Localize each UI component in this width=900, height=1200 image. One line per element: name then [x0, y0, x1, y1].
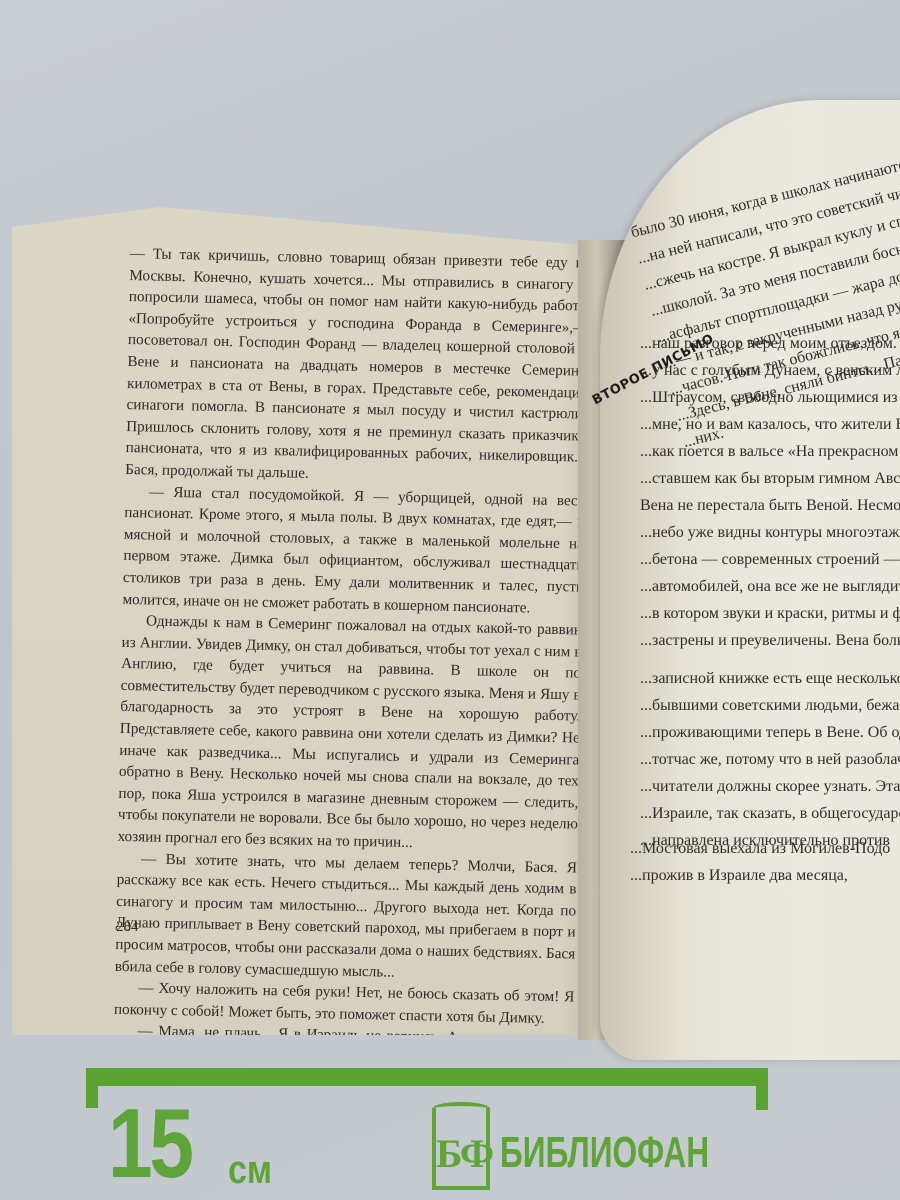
text-line: ...ставшем как бы вторым гимном Австрии. [640, 465, 900, 492]
paragraph: — Яша стал посудомойкой. Я — уборщицей, … [122, 480, 585, 619]
scale-size-unit: см [228, 1148, 272, 1193]
text-line: ...бывшими советскими людьми, бежавш [640, 692, 900, 719]
right-page-end-text: ...Мостовая выехала из Могилев-Подо ...п… [630, 835, 900, 889]
text-line: ...Мостовая выехала из Могилев-Подо [630, 835, 900, 862]
page-number: 284 [116, 919, 139, 936]
scale-ruler-tick-left [86, 1068, 98, 1108]
paragraph: — Вы хотите знать, что мы делаем теперь?… [115, 847, 578, 986]
left-book-page: — Ты так кричишь, словно товарищ обязан … [12, 207, 602, 1035]
text-line: ...Штраусом, свободно льющимися из насте… [640, 384, 900, 411]
text-line: ...Израиле, так сказать, в общегосударс [640, 800, 900, 827]
text-line: ...застрены и преувеличены. Вена больше,… [640, 627, 900, 654]
scale-ruler-tick-right [756, 1068, 768, 1110]
paragraph: — Мама, не плачь... Я в Израиль не верну… [113, 1020, 574, 1073]
text-line: ...как поется в вальсе «На прекрасном [640, 438, 900, 465]
text-line: ...тотчас же, потому что в ней разоблач [640, 746, 900, 773]
paragraph: Однажды к нам в Семеринг пожаловал на от… [117, 610, 582, 857]
text-line: ...небо уже видны контуры многоэтажных с… [640, 519, 900, 546]
text-line: ...бетона — современных строений — и на [640, 546, 900, 573]
text-line: ...у нас с голубым Дунаем, с венским лес… [640, 357, 900, 384]
text-line: ...мне, но и вам казалось, что жители Ве… [640, 411, 900, 438]
text-line: ...в котором звуки и краски, ритмы и фор… [640, 600, 900, 627]
text-line: ...записной книжке есть еще несколько и [640, 665, 900, 692]
text-line: ...прожив в Израиле два месяца, [630, 862, 900, 889]
text-line: Вена не перестала быть Веной. Несмо [640, 492, 900, 519]
right-page-low-text: ...записной книжке есть еще несколько и … [640, 665, 900, 854]
paragraph: — Ты так кричишь, словно товарищ обязан … [125, 243, 590, 490]
scale-size-number: 15 [108, 1094, 191, 1192]
text-line: ...читатели должны скорее узнать. Эта [640, 773, 900, 800]
scale-size-label: 15 см [108, 1094, 209, 1192]
brand-name: БИБЛИОФАН [500, 1128, 709, 1178]
text-line: ...автомобилей, она все же не выглядит к… [640, 573, 900, 600]
logo-mark: БФ [436, 1130, 492, 1177]
scale-ruler-bar [86, 1068, 768, 1086]
right-page-mid-text: ...наш разговор перед моим отъездом. В .… [640, 330, 900, 654]
text-line: ...проживающими теперь в Вене. Об одной [640, 719, 900, 746]
left-page-text: — Ты так кричишь, словно товарищ обязан … [113, 243, 590, 1073]
text-line: ...наш разговор перед моим отъездом. В [640, 330, 900, 357]
